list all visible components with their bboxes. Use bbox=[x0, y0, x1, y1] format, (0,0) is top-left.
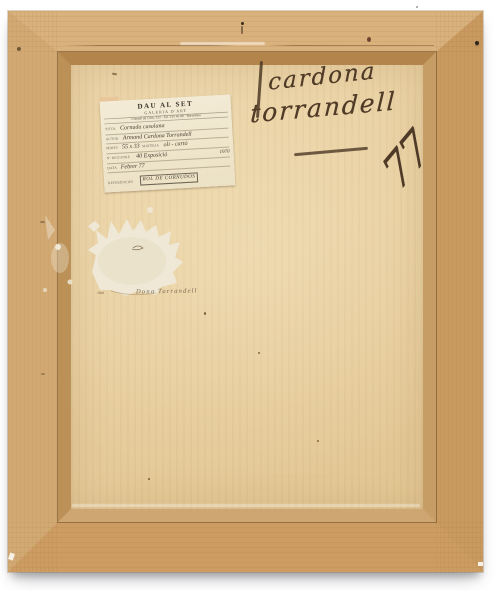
gallery-label: DAU AL SET GALERIA D'ART Consell de Cent… bbox=[100, 94, 236, 192]
top-rail-seam-line bbox=[62, 45, 434, 46]
corner-chip bbox=[478, 562, 483, 566]
nail bbox=[241, 22, 244, 25]
label-field: Nº Registre bbox=[107, 153, 131, 161]
label-registre-year: 1970 bbox=[219, 148, 229, 157]
board-speck bbox=[204, 312, 206, 315]
label-value: 55 x 33 bbox=[122, 143, 140, 152]
board-speck bbox=[258, 352, 260, 354]
signature-dash bbox=[294, 147, 368, 156]
photo-backdrop: Titol Dona Torrandell DAU AL SET GALERIA… bbox=[0, 0, 500, 590]
label-field: Data bbox=[107, 164, 117, 171]
label-value: Febrer 77 bbox=[121, 162, 145, 171]
pencil-note-prefix: Titol bbox=[97, 292, 104, 296]
label-field: Mides bbox=[106, 144, 118, 151]
nail-smear bbox=[241, 26, 243, 34]
label-field: Matèria bbox=[142, 142, 159, 150]
label-value: 40 Exposició bbox=[136, 151, 168, 161]
dust-speck bbox=[416, 6, 418, 8]
top-rail-highlight-streak bbox=[180, 42, 265, 45]
label-field: Titol bbox=[105, 125, 116, 132]
bevel-nick bbox=[112, 73, 117, 76]
pencil-note: Dona Torrandell bbox=[136, 287, 198, 295]
rail-pencil-mark bbox=[41, 373, 45, 375]
bottom-bevel-dust-line bbox=[72, 504, 420, 507]
label-row-references: Referències ROL DE CORNUDOS bbox=[108, 171, 231, 188]
nail bbox=[367, 37, 371, 42]
board-speck bbox=[317, 440, 319, 442]
frame-detail-overlay: Titol Dona Torrandell DAU AL SET GALERIA… bbox=[0, 0, 500, 590]
label-field: Referències bbox=[108, 179, 133, 185]
signature-year: 77 bbox=[374, 122, 438, 201]
nail-hole bbox=[17, 47, 21, 51]
nail bbox=[475, 41, 479, 45]
board-speck bbox=[148, 478, 150, 480]
references-box: ROL DE CORNUDOS bbox=[139, 172, 198, 185]
label-field: Autor bbox=[105, 135, 118, 143]
label-value: oli - cartó bbox=[163, 140, 187, 149]
corner-chip bbox=[8, 552, 15, 560]
